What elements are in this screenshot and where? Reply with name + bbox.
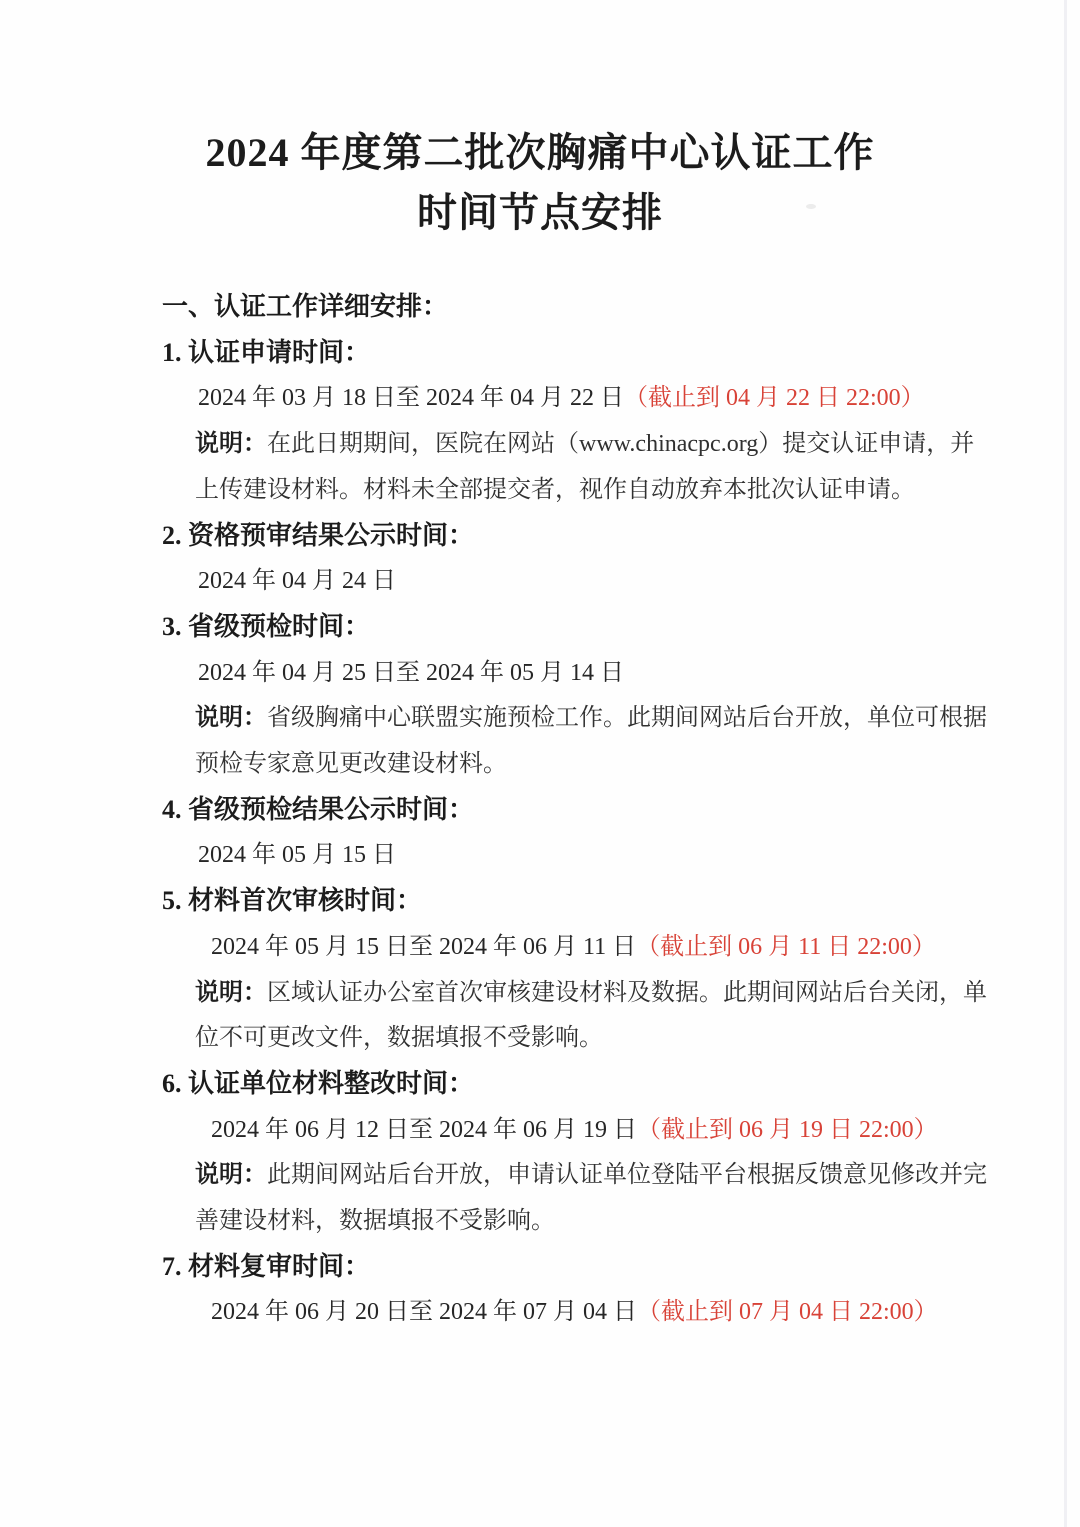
section-3-note-label: 说明：	[195, 705, 267, 731]
section-7-date: 2024 年 06 月 20 日至 2024 年 07 月 04 日（截止到 0…	[211, 1297, 938, 1327]
scan-edge-line	[1064, 0, 1067, 1527]
section-1-note-text1: 在此日期期间，医院在网站（www.chinacpc.org）提交认证申请，并	[267, 431, 974, 457]
section-1-note-line1: 说明：在此日期期间，医院在网站（www.chinacpc.org）提交认证申请，…	[195, 429, 974, 459]
section-2-heading: 2. 资格预审结果公示时间：	[162, 521, 474, 551]
section-6-note-label: 说明：	[195, 1162, 267, 1188]
section-6-note-line1: 说明：此期间网站后台开放，申请认证单位登陆平台根据反馈意见修改并完	[195, 1160, 987, 1190]
doc-title-line1: 2024 年度第二批次胸痛中心认证工作	[0, 130, 1080, 176]
section-5-date: 2024 年 05 月 15 日至 2024 年 06 月 11 日（截止到 0…	[211, 932, 936, 962]
section-7-deadline: （截止到 07 月 04 日 22:00）	[637, 1299, 938, 1325]
section-3-note-line2: 预检专家意见更改建设材料。	[195, 749, 507, 779]
section-1-date-range: 2024 年 03 月 18 日至 2024 年 04 月 22 日	[198, 385, 624, 411]
section-4-date: 2024 年 05 月 15 日	[198, 840, 396, 870]
section-3-note-text1: 省级胸痛中心联盟实施预检工作。此期间网站后台开放，单位可根据	[267, 705, 987, 731]
section-4-heading: 4. 省级预检结果公示时间：	[162, 795, 474, 825]
section-5-note-text1: 区域认证办公室首次审核建设材料及数据。此期间网站后台关闭，单	[267, 980, 987, 1006]
section-1-note-line2: 上传建设材料。材料未全部提交者，视作自动放弃本批次认证申请。	[195, 475, 915, 505]
section-6-heading: 6. 认证单位材料整改时间：	[162, 1069, 474, 1099]
section-1-deadline: （截止到 04 月 22 日 22:00）	[624, 385, 925, 411]
section-6-note-line2: 善建设材料，数据填报不受影响。	[195, 1206, 555, 1236]
overview-heading: 一、认证工作详细安排：	[162, 292, 448, 322]
section-3-note-line1: 说明：省级胸痛中心联盟实施预检工作。此期间网站后台开放，单位可根据	[195, 703, 987, 733]
section-6-deadline: （截止到 06 月 19 日 22:00）	[637, 1117, 938, 1143]
section-6-date-range: 2024 年 06 月 12 日至 2024 年 06 月 19 日	[211, 1117, 637, 1143]
doc-title-line2: 时间节点安排	[0, 190, 1080, 236]
section-1-heading: 1. 认证申请时间：	[162, 338, 370, 368]
section-1-note-label: 说明：	[195, 431, 267, 457]
section-5-note-line1: 说明：区域认证办公室首次审核建设材料及数据。此期间网站后台关闭，单	[195, 978, 987, 1008]
section-2-date: 2024 年 04 月 24 日	[198, 566, 396, 596]
section-5-note-line2: 位不可更改文件，数据填报不受影响。	[195, 1023, 603, 1053]
section-5-heading: 5. 材料首次审核时间：	[162, 886, 422, 916]
section-7-date-range: 2024 年 06 月 20 日至 2024 年 07 月 04 日	[211, 1299, 637, 1325]
document-page: 2024 年度第二批次胸痛中心认证工作 时间节点安排 一、认证工作详细安排： 1…	[0, 0, 1080, 1527]
section-5-deadline: （截止到 06 月 11 日 22:00）	[636, 934, 936, 960]
section-3-heading: 3. 省级预检时间：	[162, 612, 370, 642]
section-7-heading: 7. 材料复审时间：	[162, 1252, 370, 1282]
section-1-date: 2024 年 03 月 18 日至 2024 年 04 月 22 日（截止到 0…	[198, 383, 925, 413]
section-6-date: 2024 年 06 月 12 日至 2024 年 06 月 19 日（截止到 0…	[211, 1115, 938, 1145]
section-5-note-label: 说明：	[195, 980, 267, 1006]
section-5-date-range: 2024 年 05 月 15 日至 2024 年 06 月 11 日	[211, 934, 636, 960]
scan-smudge	[806, 204, 816, 209]
section-3-date: 2024 年 04 月 25 日至 2024 年 05 月 14 日	[198, 658, 624, 688]
section-6-note-text1: 此期间网站后台开放，申请认证单位登陆平台根据反馈意见修改并完	[267, 1162, 987, 1188]
